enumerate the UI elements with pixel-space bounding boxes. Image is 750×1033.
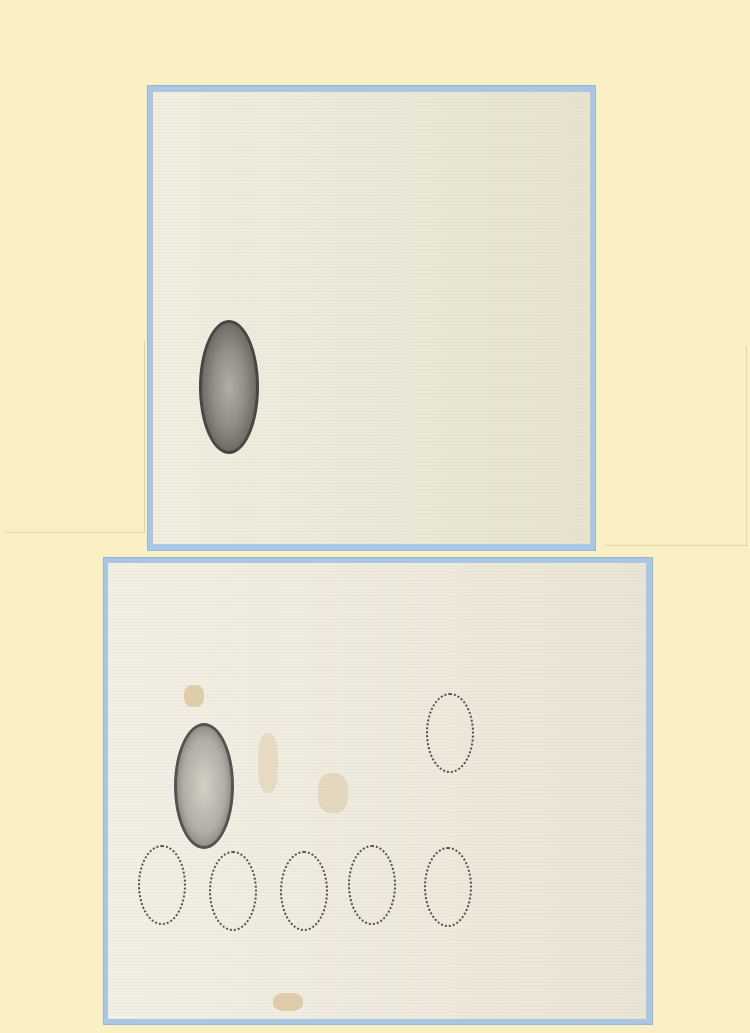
dotted-cancel <box>280 851 328 931</box>
note-above <box>4 340 144 532</box>
note-below <box>604 345 746 545</box>
dotted-cancel <box>424 847 472 927</box>
dotted-cancel <box>209 851 257 931</box>
top-official-seal <box>199 320 259 454</box>
stain <box>273 993 303 1011</box>
bottom-official-seal <box>174 723 234 849</box>
stain <box>318 773 348 813</box>
bottom-cover <box>108 563 646 1019</box>
top-cover <box>153 92 590 544</box>
dotted-cancel <box>426 693 474 773</box>
stain <box>184 685 204 707</box>
dotted-cancel <box>138 845 186 925</box>
stain <box>258 733 278 793</box>
dotted-cancel <box>348 845 396 925</box>
